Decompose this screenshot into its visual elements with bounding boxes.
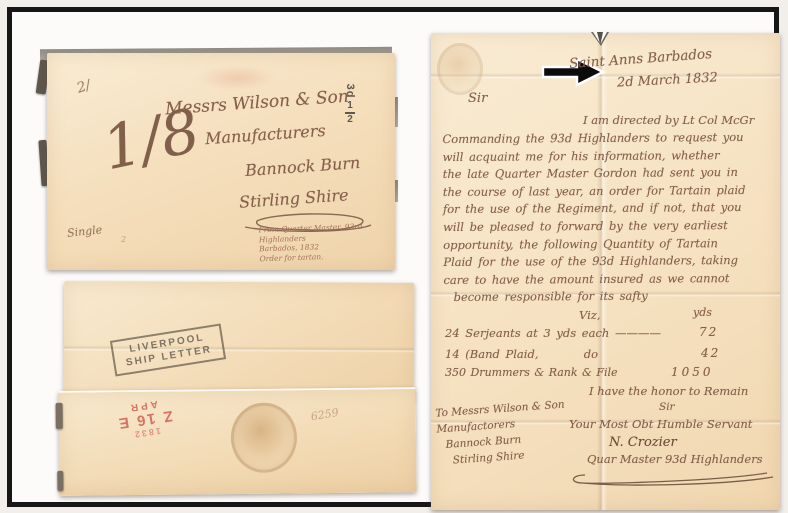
body-line: will acquaint me for his information, wh…	[443, 147, 746, 167]
address-line: Messrs Wilson & Son	[165, 87, 350, 120]
table-row-value: 42	[701, 346, 720, 360]
opening-line: I am directed by Lt Col McGr	[583, 113, 754, 127]
closing-line1: I have the honor to Remain	[589, 384, 748, 398]
letter-body: Commanding the 93d Highlanders to reques…	[442, 129, 746, 307]
salutation: Sir	[468, 91, 487, 106]
body-line: the late Quarter Master Gordon had sent …	[443, 164, 746, 184]
closing-sir: Sir	[659, 401, 675, 413]
red-smudge	[197, 65, 277, 91]
torn-flap-edge	[57, 471, 63, 491]
address-line: Manufacturers	[204, 121, 326, 148]
body-line: Plaid for the use of the 93d Highlanders…	[443, 252, 746, 272]
torn-flap-edge	[56, 403, 63, 429]
body-line: become responsible for its safty	[453, 287, 746, 307]
fraction-handstamp: 3d 1 2	[337, 85, 363, 125]
paper-notch	[591, 32, 609, 47]
embossed-wax-seal	[231, 402, 298, 473]
body-line: for the use of the Regiment, and if not,…	[443, 199, 746, 219]
viz-label: Viz,	[579, 308, 601, 322]
body-line: opportunity, the following Quantity of T…	[443, 235, 746, 255]
embossed-seal-faint	[437, 43, 483, 95]
body-line: the course of last year, an order for Ta…	[443, 182, 746, 202]
back-cover-flap: 1832 Z 16 E APR 6259	[58, 387, 416, 496]
single-note: Single	[66, 223, 102, 240]
table-row-value: 1050	[671, 365, 714, 379]
table-row-value: 72	[699, 325, 718, 339]
scan-border-frame: 2/ 1/8 Messrs Wilson & Son Manufacturers…	[7, 7, 779, 507]
addressee-block: To Messrs Wilson & Son Manufactorers Ban…	[435, 397, 569, 470]
fraction-denominator: 2	[337, 115, 363, 125]
front-cover: 2/ 1/8 Messrs Wilson & Son Manufacturers…	[47, 53, 395, 270]
red-datestamp: 1832 Z 16 E APR	[94, 393, 195, 445]
signature-flourish	[567, 467, 777, 489]
closing-line2: Your Most Obt Humble Servant	[569, 417, 752, 431]
corner-rate-mark: 2/	[75, 77, 93, 96]
pencil-number: 6259	[310, 406, 340, 423]
body-line: Commanding the 93d Highlanders to reques…	[442, 129, 745, 149]
table-row-item: 24 Serjeants at 3 yds each ————	[445, 326, 661, 340]
table-row-item: 350 Drummers & Rank & File	[445, 366, 618, 379]
yds-header: yds	[693, 306, 712, 319]
signature: N. Crozier	[609, 435, 677, 450]
letter-page: Saint Anns Barbados 2d March 1832 Sir I …	[431, 33, 780, 510]
single-mark2: 2	[121, 235, 126, 244]
pencil-note: From Quarter Master, 93rd Highlanders Ba…	[258, 221, 395, 264]
address-line: Stirling Shire	[238, 185, 349, 212]
address-line: Bannock Burn	[244, 153, 360, 180]
body-line: will be pleased to forward by the very e…	[443, 217, 746, 237]
place-line: Saint Anns Barbados	[569, 46, 713, 72]
body-line: care to have the amount insured as we ca…	[443, 270, 746, 290]
fraction-handstamp-top: 3d	[344, 78, 356, 104]
signature-title: Quar Master 93d Highlanders	[587, 452, 763, 466]
table-row-item: 14 (Band Plaid, do	[445, 347, 598, 361]
